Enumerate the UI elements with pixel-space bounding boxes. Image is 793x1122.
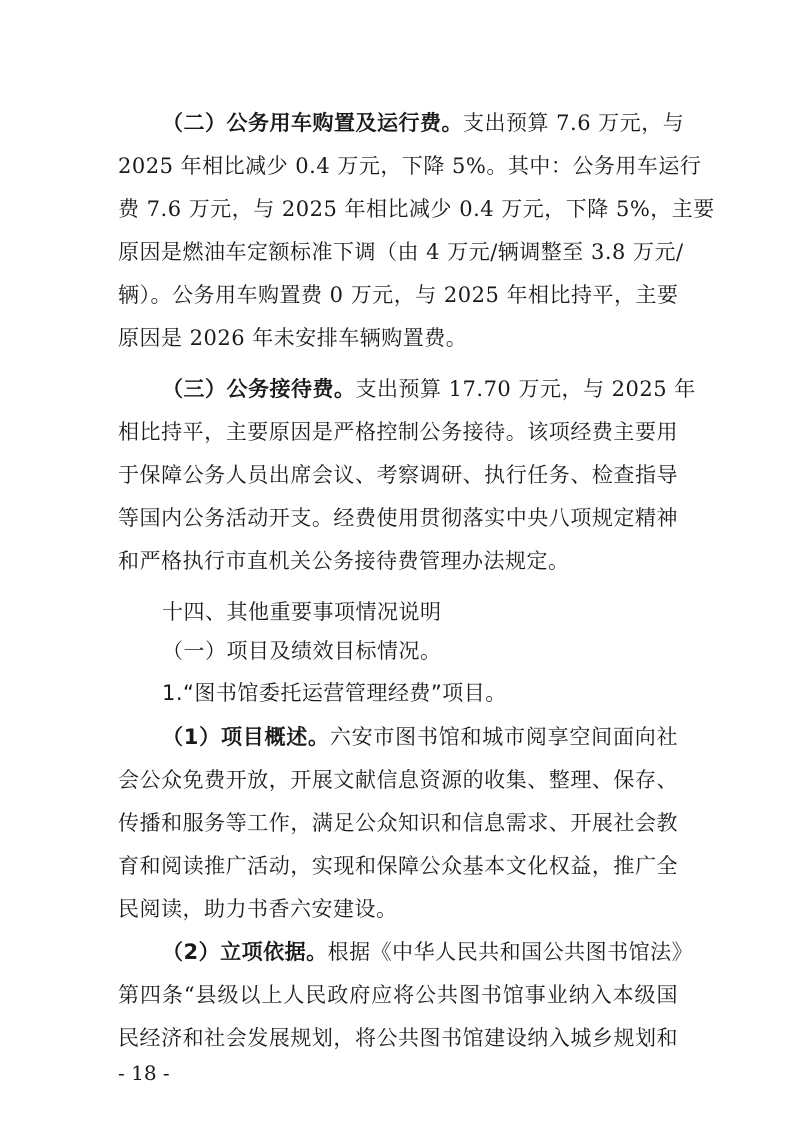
paragraph-basis-line-3: 民经济和社会发展规划，将公共图书馆建设纳入城乡规划和	[118, 1023, 678, 1053]
paragraph-overview-line-4: 育和阅读推广活动，实现和保障公众基本文化权益，推广全	[118, 851, 678, 881]
paragraph-vehicle-line-6: 原因是 2026 年未安排车辆购置费。	[118, 323, 678, 353]
paragraph-overview-line-5: 民阅读，助力书香六安建设。	[118, 894, 678, 924]
paragraph-reception-line-4: 等国内公务活动开支。经费使用贯彻落实中央八项规定精神	[118, 503, 678, 533]
paragraph-overview-line-1: （1）项目概述。六安市图书馆和城市阅享空间面向社	[162, 722, 678, 752]
paragraph-reception-line-2: 相比持平，主要原因是严格控制公务接待。该项经费主要用	[118, 417, 678, 447]
page-number: - 18 -	[118, 1058, 170, 1088]
paragraph-overview-line-3: 传播和服务等工作，满足公众知识和信息需求、开展社会教	[118, 808, 678, 838]
paragraph-overview-line-2: 会公众免费开放，开展文献信息资源的收集、整理、保存、	[118, 765, 678, 795]
paragraph-vehicle-line-3: 费 7.6 万元，与 2025 年相比减少 0.4 万元，下降 5%，主要	[118, 194, 678, 224]
paragraph-vehicle-line-1: （二）公务用车购置及运行费。支出预算 7.6 万元，与	[162, 108, 678, 138]
document-page: （二）公务用车购置及运行费。支出预算 7.6 万元，与 2025 年相比减少 0…	[0, 0, 793, 1122]
paragraph-reception-line-3: 于保障公务人员出席会议、考察调研、执行任务、检查指导	[118, 460, 678, 490]
paragraph-basis-line-1: （2）立项依据。根据《中华人民共和国公共图书馆法》	[162, 937, 678, 967]
section-heading-reception: （三）公务接待费。	[162, 377, 356, 401]
chapter-heading: 十四、其他重要事项情况说明	[162, 597, 678, 627]
paragraph-vehicle-line-2: 2025 年相比减少 0.4 万元，下降 5%。其中：公务用车运行	[118, 151, 678, 181]
paragraph-reception-line-1: （三）公务接待费。支出预算 17.70 万元，与 2025 年	[162, 374, 678, 404]
section-heading-vehicle: （二）公务用车购置及运行费。	[162, 111, 463, 135]
paragraph-vehicle-line-4: 原因是燃油车定额标准下调（由 4 万元/辆调整至 3.8 万元/	[118, 237, 678, 267]
project-title: 1.“图书馆委托运营管理经费”项目。	[162, 678, 678, 708]
basis-heading: （2）立项依据。	[162, 940, 328, 964]
overview-heading: （1）项目概述。	[162, 725, 330, 749]
paragraph-basis-line-2: 第四条“县级以上人民政府应将公共图书馆事业纳入本级国	[118, 980, 678, 1010]
paragraph-reception-line-5: 和严格执行市直机关公务接待费管理办法规定。	[118, 546, 678, 576]
sub-heading: （一）项目及绩效目标情况。	[162, 636, 678, 666]
paragraph-vehicle-line-5: 辆）。公务用车购置费 0 万元，与 2025 年相比持平，主要	[118, 280, 678, 310]
